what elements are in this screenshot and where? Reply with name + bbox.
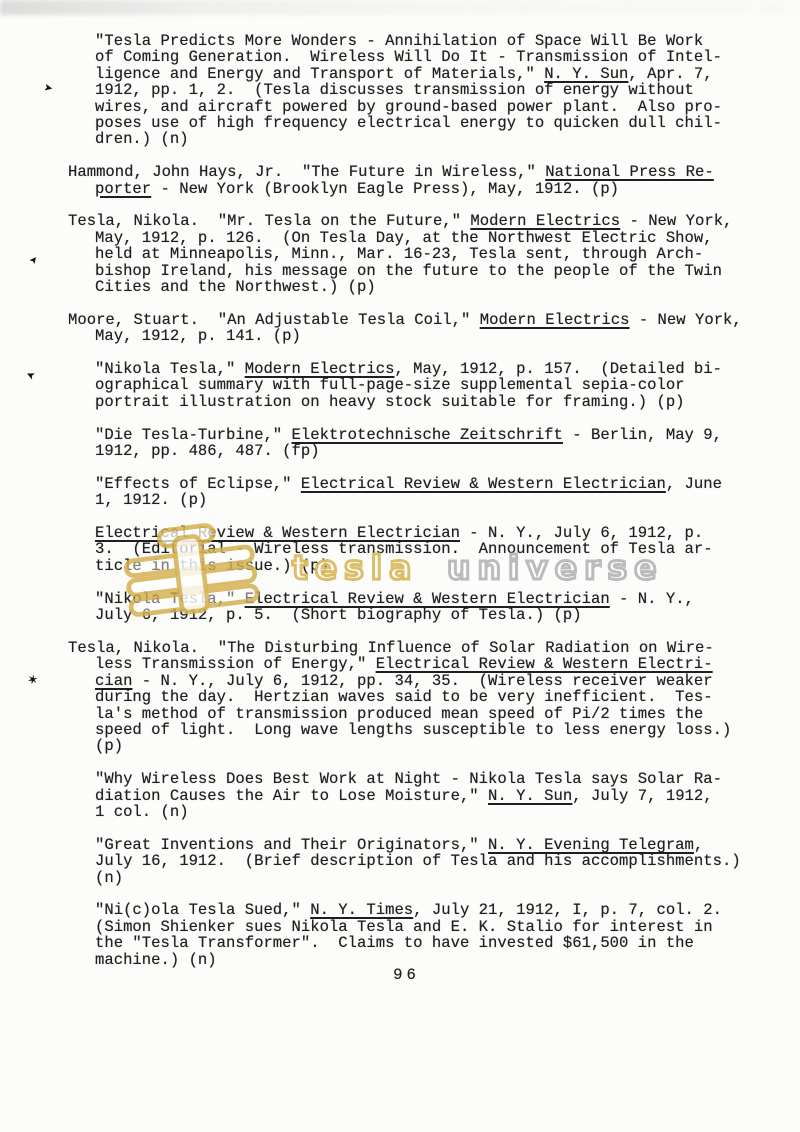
bib-text: , July 7, 1912,	[572, 787, 712, 805]
bib-text: less Transmission of Energy,"	[95, 655, 376, 673]
periodical-title: N. Y. Times	[310, 901, 413, 919]
periodical-title: N. Y. Evening Telegram	[488, 836, 694, 854]
bib-text: - N. Y., July 6, 1912, p.	[460, 524, 703, 542]
bib-text: 1912, pp. 486, 487. (fp)	[95, 442, 320, 460]
bib-line: la's method of transmission produced mea…	[95, 706, 755, 722]
bib-line: Hammond, John Hays, Jr. "The Future in W…	[68, 164, 755, 180]
bib-line: 1 col. (n)	[95, 804, 755, 820]
bibliography-entry: "Why Wireless Does Best Work at Night - …	[95, 771, 755, 820]
periodical-title: National Press Re-	[545, 163, 713, 181]
bibliography-entry: "Great Inventions and Their Originators,…	[95, 837, 755, 886]
bib-text: of Coming Generation. Wireless Will Do I…	[95, 48, 722, 66]
bib-text: speed of light. Long wave lengths suscep…	[95, 721, 731, 739]
periodical-title: Electrical Review & Western Electrician	[301, 475, 666, 493]
bib-line: 1912, pp. 486, 487. (fp)	[95, 443, 755, 459]
bib-line: "Die Tesla-Turbine," Elektrotechnische Z…	[95, 427, 755, 443]
periodical-title: N. Y. Sun	[488, 787, 572, 805]
bib-text: "Nikola Tesla,"	[95, 590, 245, 608]
bib-text: during the day. Hertzian waves said to b…	[95, 688, 713, 706]
bib-text: portrait illustration on heavy stock sui…	[95, 393, 685, 411]
bib-line: Cities and the Northwest.) (p)	[95, 279, 755, 295]
periodical-title: Modern Electrics	[480, 311, 630, 329]
bib-text: - Berlin, May 9,	[563, 426, 722, 444]
bib-text: 3. (Editorial - Wireless transmission. A…	[95, 540, 713, 558]
bib-text: Tesla, Nikola. "The Disturbing Influence…	[68, 639, 714, 657]
bib-text: July 6, 1912, p. 5. (Short biography of …	[95, 606, 582, 624]
bib-text: ligence and Energy and Transport of Mate…	[95, 65, 544, 83]
margin-mark: ➤	[43, 82, 54, 97]
bib-text: (Simon Shienker sues Nikola Tesla and E.…	[95, 918, 713, 936]
bib-text: Moore, Stuart. "An Adjustable Tesla Coil…	[68, 311, 480, 329]
periodical-title: Electrical Review & Western Electrician	[245, 590, 610, 608]
periodical-title: Modern Electrics	[245, 360, 395, 378]
bib-line: speed of light. Long wave lengths suscep…	[95, 722, 755, 738]
bib-line: "Tesla Predicts More Wonders - Annihilat…	[95, 33, 755, 49]
bib-line: less Transmission of Energy," Electrical…	[95, 656, 755, 672]
margin-mark: ✶	[27, 672, 39, 689]
bib-text: , May, 1912, p. 157. (Detailed bi-	[394, 360, 722, 378]
bib-text: - N. Y.,	[610, 590, 694, 608]
bib-text: ,	[694, 836, 703, 854]
bib-text: Tesla, Nikola. "Mr. Tesla on the Future,…	[68, 212, 470, 230]
bib-text: (p)	[95, 737, 123, 755]
bib-text: , June	[666, 475, 722, 493]
bib-line: "Great Inventions and Their Originators,…	[95, 837, 755, 853]
bib-text: "Tesla Predicts More Wonders - Annihilat…	[95, 32, 703, 50]
bib-line: diation Causes the Air to Lose Moisture,…	[95, 788, 755, 804]
bib-line: the "Tesla Transformer". Claims to have …	[95, 935, 755, 951]
bib-line: 1912, pp. 1, 2. (Tesla discusses transmi…	[95, 82, 755, 98]
bib-text: held at Minneapolis, Minn., Mar. 16-23, …	[95, 245, 703, 263]
bib-line: ographical summary with full-page-size s…	[95, 377, 755, 393]
bib-text: - New York,	[620, 212, 732, 230]
periodical-title: porter	[95, 180, 151, 198]
bibliography-entry: "Ni(c)ola Tesla Sued," N. Y. Times, July…	[95, 902, 755, 968]
bib-text: May, 1912, p. 126. (On Tesla Day, at the…	[95, 229, 713, 247]
bib-text: 1 col. (n)	[95, 803, 189, 821]
bib-text: - New York,	[629, 311, 741, 329]
bib-line: May, 1912, p. 141. (p)	[95, 328, 755, 344]
bib-line: Tesla, Nikola. "Mr. Tesla on the Future,…	[68, 213, 755, 229]
bib-text: the "Tesla Transformer". Claims to have …	[95, 934, 694, 952]
bib-text: ographical summary with full-page-size s…	[95, 376, 685, 394]
bib-line: July 16, 1912. (Brief description of Tes…	[95, 853, 755, 869]
bibliography-entry: "Nikola Tesla," Modern Electrics, May, 1…	[95, 361, 755, 410]
bib-text: - New York (Brooklyn Eagle Press), May, …	[151, 180, 619, 198]
periodical-title: Elektrotechnische Zeitschrift	[292, 426, 563, 444]
bib-text: "Great Inventions and Their Originators,…	[95, 836, 488, 854]
periodical-title: N. Y. Sun	[544, 65, 628, 83]
bib-line: 3. (Editorial - Wireless transmission. A…	[95, 541, 755, 557]
bib-text: "Why Wireless Does Best Work at Night - …	[95, 770, 722, 788]
bib-line: (p)	[95, 738, 755, 754]
bibliography-list: "Tesla Predicts More Wonders - Annihilat…	[95, 33, 755, 984]
bib-line: (Simon Shienker sues Nikola Tesla and E.…	[95, 919, 755, 935]
bib-text: "Die Tesla-Turbine,"	[95, 426, 292, 444]
scanned-bibliography-page: "Tesla Predicts More Wonders - Annihilat…	[0, 0, 800, 1132]
periodical-title: Electrical Review & Western Electrician	[95, 524, 460, 542]
bib-line: during the day. Hertzian waves said to b…	[95, 689, 755, 705]
bib-text: 1912, pp. 1, 2. (Tesla discusses transmi…	[95, 81, 694, 99]
bib-line: dren.) (n)	[95, 131, 755, 147]
bib-text: 1, 1912. (p)	[95, 491, 207, 509]
bib-line: cian - N. Y., July 6, 1912, pp. 34, 35. …	[95, 673, 755, 689]
bib-line: July 6, 1912, p. 5. (Short biography of …	[95, 607, 755, 623]
bib-line: poses use of high frequency electrical e…	[95, 115, 755, 131]
bib-line: "Why Wireless Does Best Work at Night - …	[95, 771, 755, 787]
scan-artifact-smudge	[0, 0, 800, 15]
periodical-title: Electrical Review & Western Electri-	[376, 655, 713, 673]
bibliography-entry: Electrical Review & Western Electrician …	[95, 525, 755, 574]
bibliography-entry: "Effects of Eclipse," Electrical Review …	[95, 476, 755, 509]
bib-text: la's method of transmission produced mea…	[95, 705, 703, 723]
bib-line: wires, and aircraft powered by ground-ba…	[95, 99, 755, 115]
bib-text: bishop Ireland, his message on the futur…	[95, 262, 722, 280]
periodical-title: cian	[95, 672, 132, 690]
bib-text: Cities and the Northwest.) (p)	[95, 278, 376, 296]
bib-line: porter - New York (Brooklyn Eagle Press)…	[95, 181, 755, 197]
bib-text: "Nikola Tesla,"	[95, 360, 245, 378]
bib-text: , July 21, 1912, I, p. 7, col. 2.	[413, 901, 722, 919]
bib-text: diation Causes the Air to Lose Moisture,…	[95, 787, 488, 805]
bib-text: (n)	[95, 869, 123, 887]
margin-mark: ➤	[27, 253, 42, 267]
bibliography-entry: Tesla, Nikola. "The Disturbing Influence…	[95, 640, 755, 755]
margin-mark: ➤	[24, 365, 38, 381]
bib-text: July 16, 1912. (Brief description of Tes…	[95, 852, 741, 870]
bib-line: ticle in this issue.) (p)	[95, 558, 755, 574]
bib-line: "Nikola Tesla," Modern Electrics, May, 1…	[95, 361, 755, 377]
bib-line: of Coming Generation. Wireless Will Do I…	[95, 49, 755, 65]
bibliography-entry: "Tesla Predicts More Wonders - Annihilat…	[95, 33, 755, 148]
bib-line: Tesla, Nikola. "The Disturbing Influence…	[68, 640, 755, 656]
bib-text: May, 1912, p. 141. (p)	[95, 327, 301, 345]
bib-text: dren.) (n)	[95, 130, 189, 148]
bibliography-entry: "Nikola Tesla," Electrical Review & West…	[95, 591, 755, 624]
bib-line: ligence and Energy and Transport of Mate…	[95, 66, 755, 82]
bib-line: portrait illustration on heavy stock sui…	[95, 394, 755, 410]
bib-text: "Ni(c)ola Tesla Sued,"	[95, 901, 310, 919]
page-number: 96	[95, 966, 718, 984]
periodical-title: Modern Electrics	[470, 212, 620, 230]
bibliography-entry: "Die Tesla-Turbine," Elektrotechnische Z…	[95, 427, 755, 460]
bib-line: "Effects of Eclipse," Electrical Review …	[95, 476, 755, 492]
bibliography-entry: Tesla, Nikola. "Mr. Tesla on the Future,…	[95, 213, 755, 295]
bib-line: Moore, Stuart. "An Adjustable Tesla Coil…	[68, 312, 755, 328]
bib-line: "Nikola Tesla," Electrical Review & West…	[95, 591, 755, 607]
bib-text: Hammond, John Hays, Jr. "The Future in W…	[68, 163, 545, 181]
bib-line: held at Minneapolis, Minn., Mar. 16-23, …	[95, 246, 755, 262]
bib-line: bishop Ireland, his message on the futur…	[95, 263, 755, 279]
bib-text: - N. Y., July 6, 1912, pp. 34, 35. (Wire…	[132, 672, 712, 690]
bib-line: "Ni(c)ola Tesla Sued," N. Y. Times, July…	[95, 902, 755, 918]
bib-text: poses use of high frequency electrical e…	[95, 114, 722, 132]
bib-line: (n)	[95, 870, 755, 886]
bib-text: wires, and aircraft powered by ground-ba…	[95, 98, 722, 116]
bib-line: 1, 1912. (p)	[95, 492, 755, 508]
bib-text: ticle in this issue.) (p)	[95, 557, 329, 575]
bib-text: , Apr. 7,	[628, 65, 712, 83]
bibliography-entry: Moore, Stuart. "An Adjustable Tesla Coil…	[95, 312, 755, 345]
bibliography-entry: Hammond, John Hays, Jr. "The Future in W…	[95, 164, 755, 197]
bib-line: Electrical Review & Western Electrician …	[95, 525, 755, 541]
bib-line: May, 1912, p. 126. (On Tesla Day, at the…	[95, 230, 755, 246]
bib-text: "Effects of Eclipse,"	[95, 475, 301, 493]
